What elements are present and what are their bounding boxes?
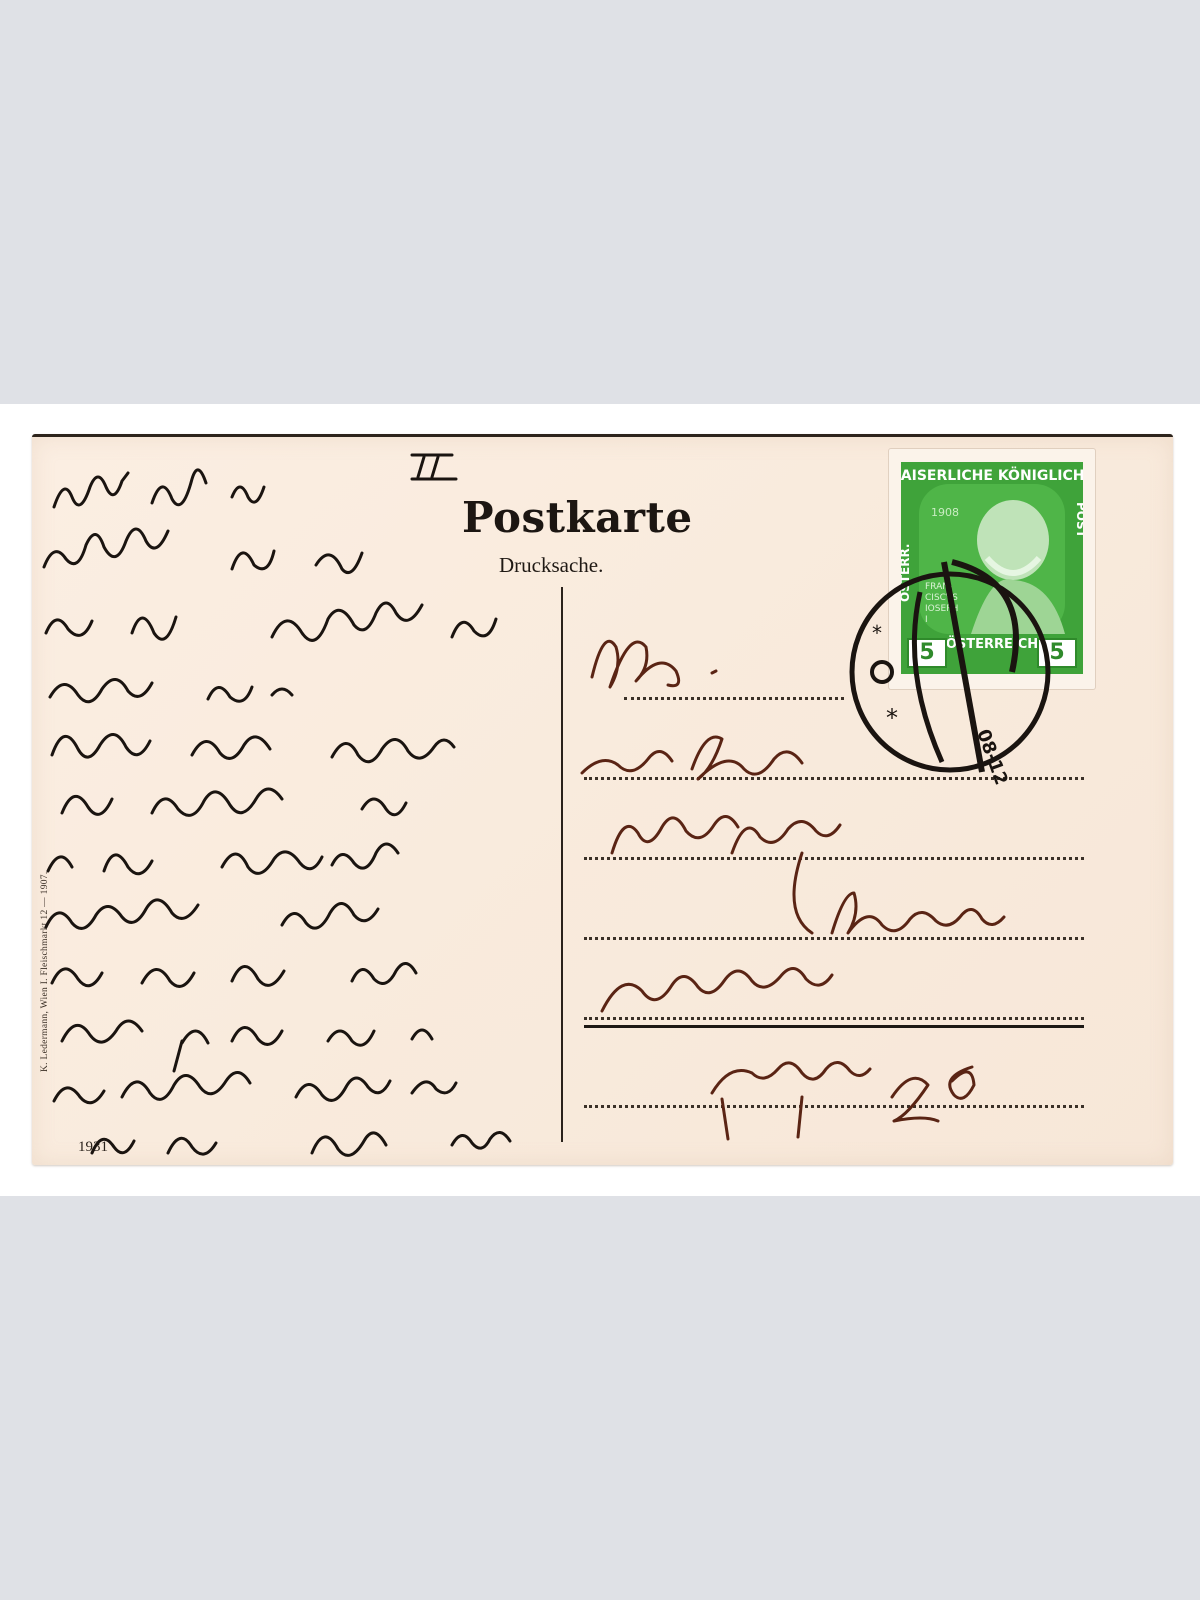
address-line-4 [584,937,1084,940]
postcard-subtitle: Drucksache. [499,553,603,578]
svg-text:POST: POST [1074,502,1083,539]
stamp-year: 1908 [931,506,959,519]
message-address-divider [561,587,563,1142]
address-line-6 [584,1105,1084,1108]
svg-text:ÖSTERREICH: ÖSTERREICH [946,636,1038,652]
svg-text:*: * [886,704,898,732]
postcard: Postkarte Drucksache. K. Ledermann, Wien… [32,434,1173,1165]
caption-line: FRAN- [925,582,985,593]
address-line-1 [624,697,844,700]
svg-text:KAISERLICHE KÖNIGLICHE: KAISERLICHE KÖNIGLICHE [901,466,1083,484]
stamp-value-left: 5 [907,638,947,668]
postcard-title: Postkarte [462,493,693,542]
publisher-imprint: K. Ledermann, Wien I. Fleischmarkt 12 — … [40,871,50,1072]
address-line-5 [584,1017,1084,1020]
caption-line: I [925,615,985,626]
stamp-value-right: 5 [1037,638,1077,668]
address-line-5-underline [584,1025,1084,1028]
caption-line: IOSEPH [925,604,985,615]
card-number: 1931 [78,1139,108,1156]
svg-text:*: * [872,621,882,645]
address-line-3 [584,857,1084,860]
caption-line: CISCVS [925,593,985,604]
photo-frame: Postkarte Drucksache. K. Ledermann, Wien… [0,404,1200,1196]
postage-stamp: KAISERLICHE KÖNIGLICHE ÖSTERR. POST ÖSTE… [889,449,1095,689]
svg-text:ÖSTERR.: ÖSTERR. [901,544,912,603]
stamp-design: KAISERLICHE KÖNIGLICHE ÖSTERR. POST ÖSTE… [901,462,1083,674]
address-line-2 [584,777,1084,780]
stamp-portrait-caption: FRAN- CISCVS IOSEPH I [925,582,985,626]
